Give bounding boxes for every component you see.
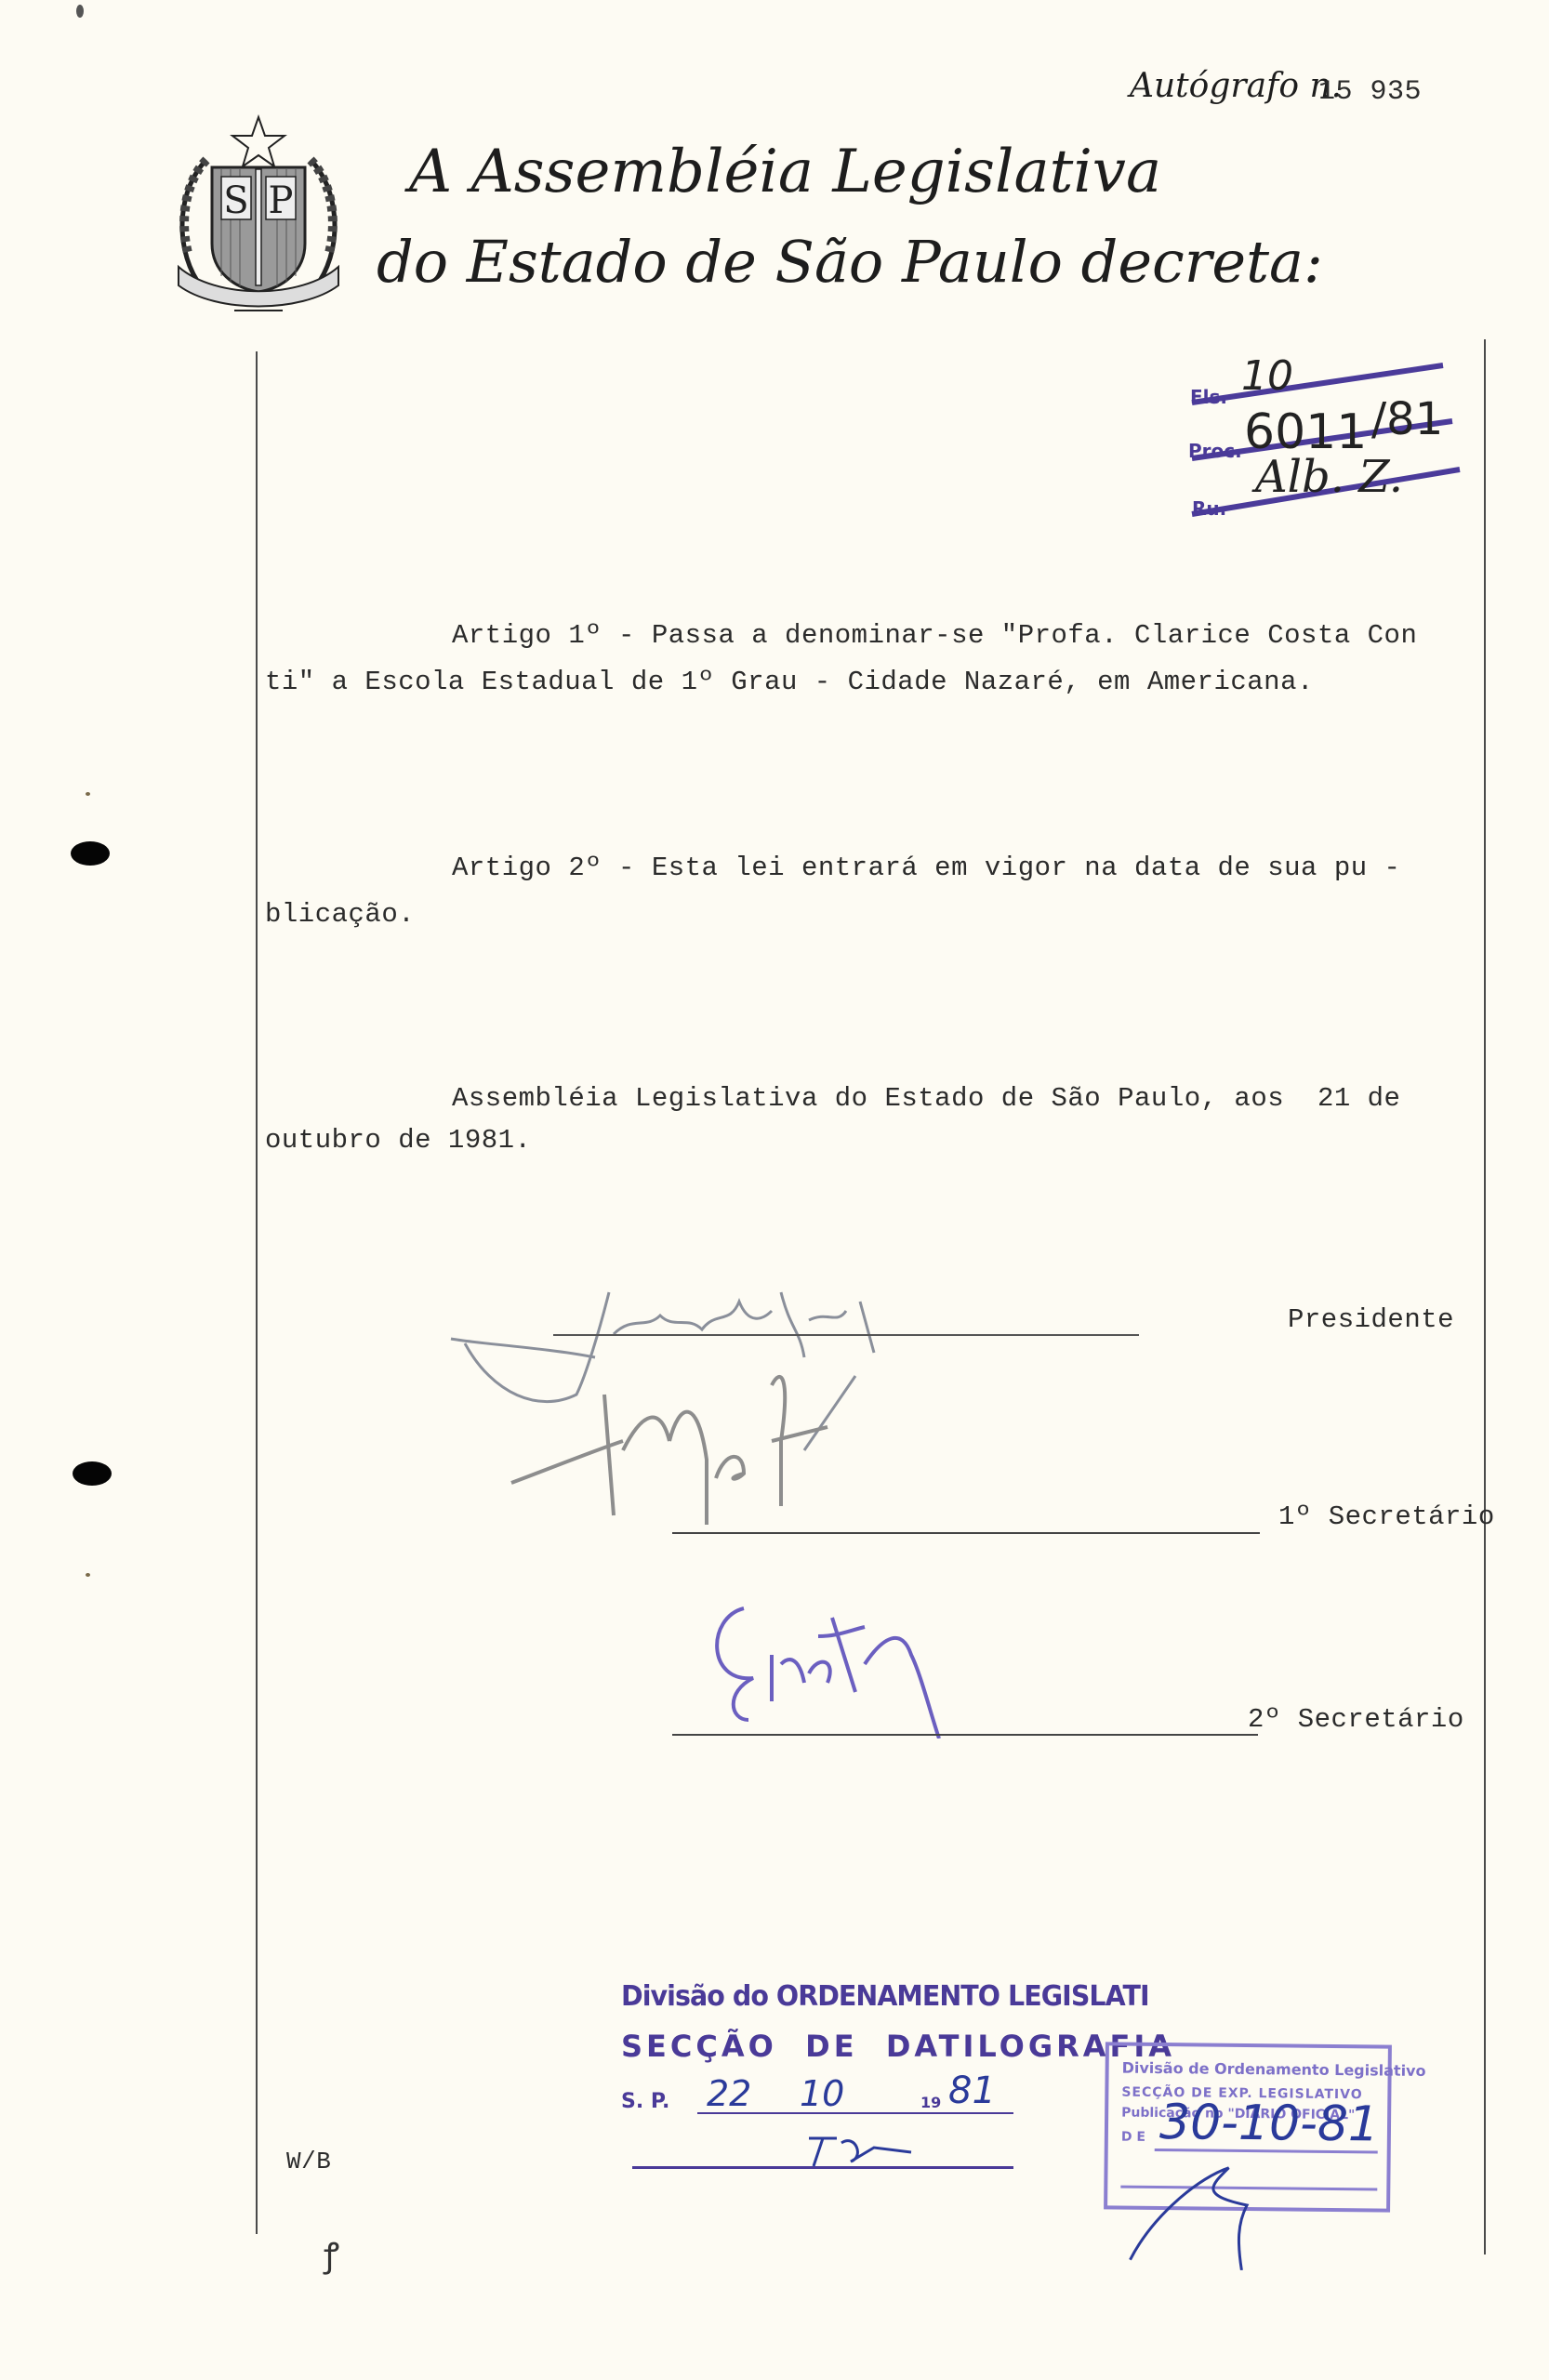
article-2-line-2: blicação. [265, 899, 415, 930]
decree-title-line1: A Assembléia Legislativa [409, 138, 1161, 206]
signature-role-2nd-secretary: 2º Secretário [1248, 1704, 1464, 1735]
paper-speck [76, 5, 84, 18]
stamp-year: 81 [948, 2069, 996, 2112]
signature-line-1st-secretary [672, 1532, 1260, 1534]
paper-speck [86, 792, 90, 796]
svg-text:S: S [223, 179, 248, 222]
publication-stamp: Divisão de Ordenamento Legislativo SECÇÃ… [1104, 2042, 1392, 2212]
typist-initials: W/B [286, 2148, 331, 2175]
fls-label: Fls. [1190, 386, 1227, 408]
signature-scribble-icon [437, 1274, 1274, 1553]
protocol-stamp: Fls. 10 Proc. 6011 /81 Ru. Alb. Z. [1181, 358, 1488, 525]
right-margin-line [1484, 339, 1486, 2254]
typing-section-stamp: Divisão do ORDENAMENTO LEGISLATI SECÇÃO … [614, 1980, 1023, 2185]
stamp-month: 10 [800, 2073, 844, 2114]
publication-stamp-division: Divisão de Ordenamento Legislativo [1122, 2059, 1426, 2080]
paper-speck [86, 1573, 90, 1577]
signature-line-2nd-secretary [672, 1734, 1258, 1736]
stamp-rubric-icon [800, 2129, 930, 2171]
fls-value: 10 [1241, 352, 1293, 400]
sp-coat-of-arms-icon: S P [169, 113, 348, 313]
stamp-sp-label: S. P. [621, 2090, 669, 2113]
signature-2nd-secretary [688, 1580, 1116, 1739]
stamp-section-line: SECÇÃO DE DATILOGRAFIA [621, 2029, 1175, 2064]
stamp-day: 22 [707, 2073, 751, 2114]
signature-scribble-icon [688, 1580, 1116, 1739]
signature-line-president [553, 1334, 1139, 1336]
autografo-number: 15 935 [1318, 76, 1422, 108]
svg-text:P: P [269, 179, 294, 222]
article-1-line-1: Artigo 1º - Passa a denominar-se "Profa.… [452, 620, 1417, 651]
proc-year: /81 [1371, 393, 1443, 445]
decree-title-line2: do Estado de São Paulo decreta: [377, 228, 1323, 296]
signature-role-1st-secretary: 1º Secretário [1278, 1501, 1495, 1532]
binder-hole-top [71, 841, 110, 866]
autografo-label: Autógrafo n. [1130, 67, 1342, 105]
rubric-label: Ru. [1192, 497, 1226, 520]
signature-role-president: Presidente [1288, 1304, 1454, 1335]
rubric-value: Alb. Z. [1255, 451, 1403, 503]
footer-mark: ꝭ [324, 2231, 339, 2277]
stamp-division-line: Divisão do ORDENAMENTO LEGISLATI [621, 1980, 1149, 2013]
binder-hole-bottom [73, 1461, 112, 1486]
closing-line-1: Assembléia Legislativa do Estado de São … [452, 1083, 1400, 1114]
publication-rubric-icon [1125, 2139, 1293, 2271]
coat-of-arms-emblem: S P [169, 113, 348, 313]
article-1-line-2: ti" a Escola Estadual de 1º Grau - Cidad… [265, 667, 1314, 697]
stamp-year-prefix: 19 [920, 2094, 941, 2111]
article-2-line-1: Artigo 2º - Esta lei entrará em vigor na… [452, 853, 1400, 883]
proc-label: Proc. [1188, 440, 1242, 462]
closing-line-2: outubro de 1981. [265, 1125, 531, 1156]
signature-president [437, 1274, 1274, 1553]
left-margin-line [256, 351, 258, 2234]
